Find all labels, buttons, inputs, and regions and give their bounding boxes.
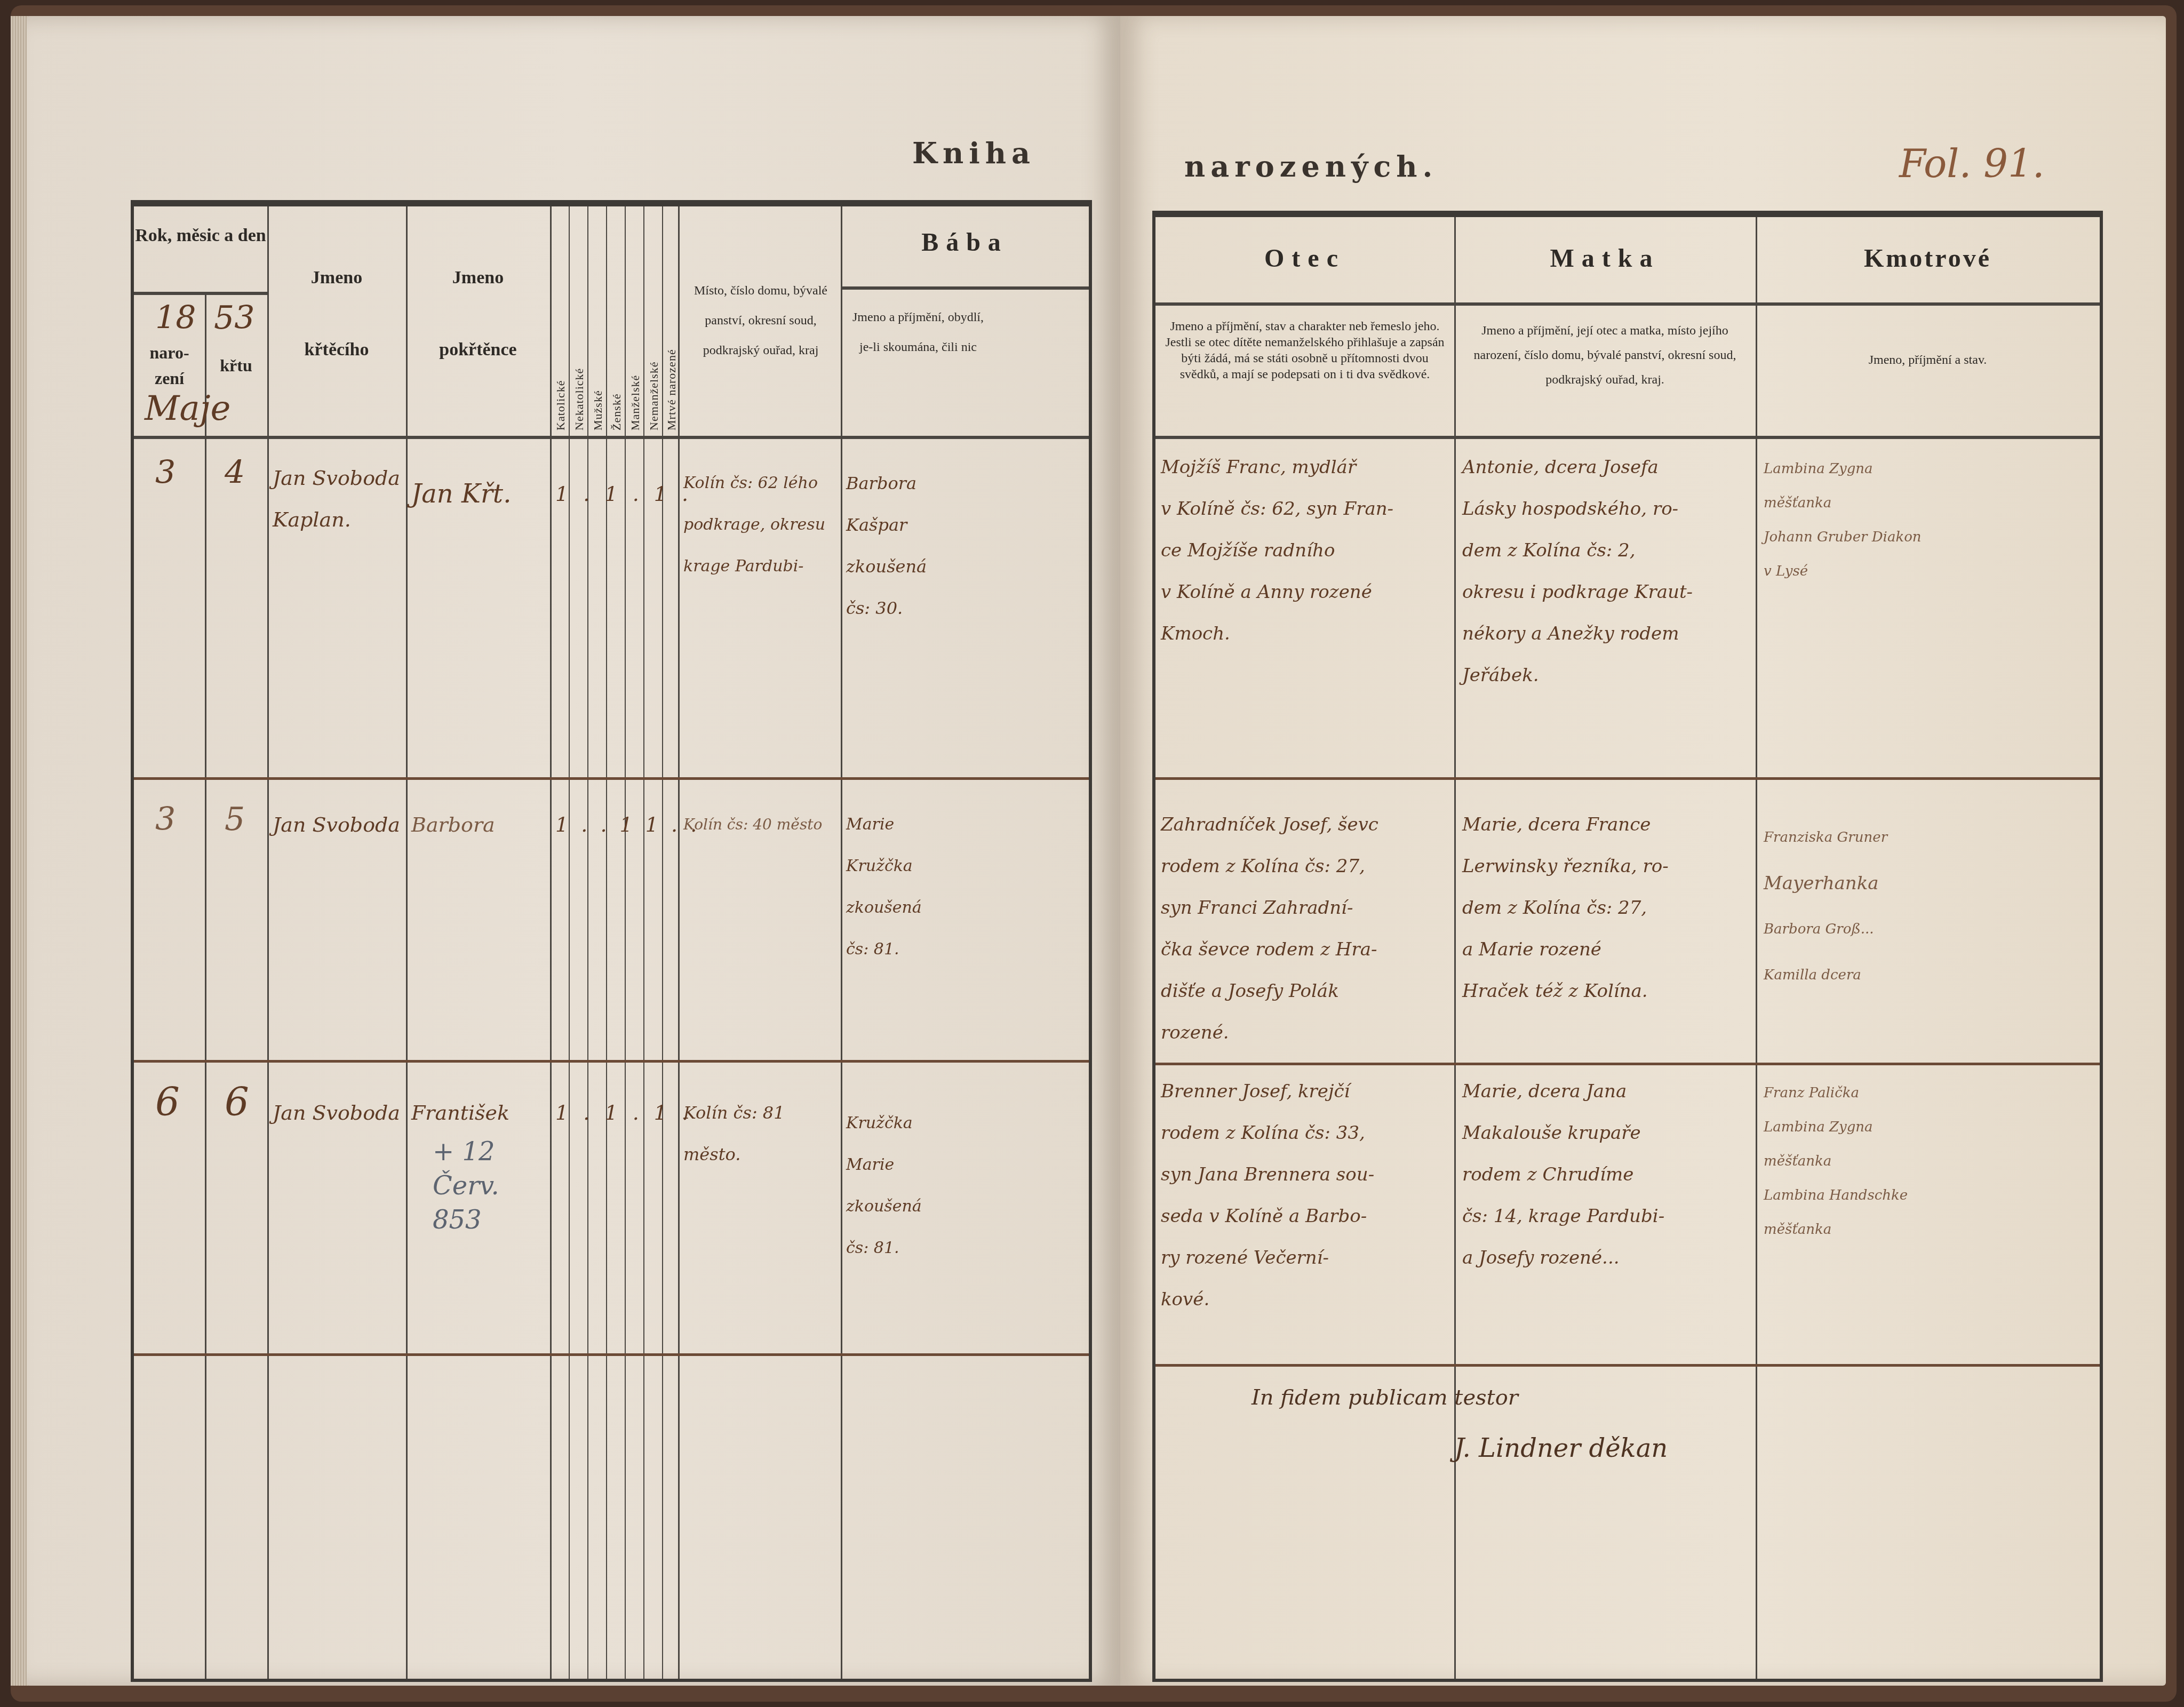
year-prefix: 18 <box>155 297 196 339</box>
header-baptizer-bottom: křtěcího <box>267 340 406 360</box>
midwife-subheader-divider <box>841 286 1089 290</box>
year-suffix: 53 <box>214 297 254 339</box>
entry1-godparents: Lambina ZygnaměšťankaJohann Gruber Diako… <box>1764 452 1922 588</box>
flag-legitimate: Manželské <box>628 340 642 430</box>
entry3-godparents: Franz PaličkaLambina ZygnaměšťankaLambin… <box>1764 1076 1908 1247</box>
col-divider <box>569 206 570 1679</box>
header-birth: naro- zení <box>134 340 205 391</box>
book-title-right: narozených. <box>1184 149 1438 184</box>
entry2-baptism-day: 5 <box>225 799 245 840</box>
row-divider <box>1155 777 2100 780</box>
entry3-flags: 1 . 1 . 1 . <box>555 1092 692 1134</box>
entry2-midwife: MarieKružčkazkoušenáčs: 81. <box>846 804 922 970</box>
entry3-birth-day: 6 <box>155 1081 180 1123</box>
row-divider <box>134 1353 1089 1356</box>
priest-signature: J. Lindner děkan <box>1454 1433 1668 1463</box>
title-subheader-divider <box>1155 302 2100 306</box>
header-mother: Matka <box>1454 244 1756 273</box>
row-divider <box>1155 1063 2100 1065</box>
entry3-child-name: František <box>411 1092 509 1134</box>
entry1-birth-day: 3 <box>155 452 176 493</box>
row-divider <box>134 777 1089 780</box>
col-divider <box>625 206 626 1679</box>
entry1-baptizer: Jan SvobodaKaplan. <box>273 457 400 540</box>
col-divider <box>606 206 607 1679</box>
header-father-sub: Jmeno a příjmění, stav a charakter neb ř… <box>1161 318 1449 382</box>
col-divider <box>587 206 588 1679</box>
header-godparents: Kmotrové <box>1756 244 2100 273</box>
left-page: Kniha Rok, měsic a den 18 53 naro- zení … <box>27 16 1120 1686</box>
entry2-place: Kolín čs: 40 město <box>683 804 822 845</box>
flag-noncatholic: Nekatolické <box>572 308 586 430</box>
entry1-mother: Antonie, dcera JosefaLásky hospodského, … <box>1462 446 1693 696</box>
row-divider <box>1155 1364 2100 1367</box>
header-baptism: křtu <box>205 356 267 376</box>
header-midwife-sub: Jmeno a příjmění, obydlí, je-li skoumána… <box>846 302 990 362</box>
entry1-child-name: Jan Křt. <box>411 473 511 515</box>
entry1-midwife: BarboraKašparzkoušenáčs: 30. <box>846 462 927 629</box>
header-mother-sub: Jmeno a příjmění, její otec a matka, mís… <box>1462 318 1748 392</box>
entry3-mother: Marie, dcera JanaMakalouše krupařerodem … <box>1462 1071 1664 1279</box>
header-divider <box>1155 436 2100 439</box>
header-divider <box>134 436 1089 439</box>
right-register-table: Otec Jmeno a příjmění, stav a charakter … <box>1152 211 2103 1682</box>
col-divider <box>662 206 663 1679</box>
entry1-father: Mojžíš Franc, mydlářv Kolíně čs: 62, syn… <box>1161 446 1393 655</box>
entry3-place: Kolín čs: 81město. <box>683 1092 785 1175</box>
entry2-birth-day: 3 <box>155 799 176 840</box>
entry1-place: Kolín čs: 62 léhopodkrage, okresukrage P… <box>683 462 825 587</box>
entry3-baptism-day: 6 <box>225 1081 249 1123</box>
col-divider <box>406 206 408 1679</box>
entry2-baptizer: Jan Svoboda <box>273 804 400 845</box>
col-divider <box>205 292 206 1679</box>
col-divider <box>550 206 552 1679</box>
entry3-father: Brenner Josef, krejčírodem z Kolína čs: … <box>1161 1071 1374 1320</box>
flag-catholic: Katolické <box>554 324 568 430</box>
flag-stillborn: Mrtvé narozené <box>665 297 679 430</box>
entry2-flags: 1 . . 1 1 . . <box>555 804 700 845</box>
header-baptized-bottom: pokřtěnce <box>406 340 550 360</box>
header-date: Rok, měsic a den <box>134 222 267 249</box>
entry2-child-name: Barbora <box>411 804 495 845</box>
row-divider <box>134 1060 1089 1063</box>
entry2-father: Zahradníček Josef, ševcrodem z Kolína čs… <box>1161 804 1378 1054</box>
folio-number: Fol. 91. <box>1899 141 2045 186</box>
flag-illegitimate: Nemanželské <box>647 313 661 430</box>
right-page: narozených. Fol. 91. Otec Jmeno a příjmě… <box>1120 16 2166 1686</box>
col-divider <box>643 206 644 1679</box>
entry2-godparents: Franziska GrunerMayerhankaBarbora Groß..… <box>1764 815 1887 998</box>
entry3-midwife: KružčkaMariezkoušenáčs: 81. <box>846 1103 922 1269</box>
entry3-death-note: + 12 Červ. 853 <box>433 1135 539 1237</box>
entry1-flags: 1 . 1 . 1 . <box>555 473 692 515</box>
date-subheader-divider <box>134 292 267 295</box>
flag-female: Ženské <box>610 361 624 430</box>
entry2-mother: Marie, dcera FranceLerwinsky řezníka, ro… <box>1462 804 1669 1012</box>
book-title-left: Kniha <box>912 136 1035 170</box>
header-place: Místo, číslo domu, bývalé panství, okres… <box>683 276 838 365</box>
header-father: Otec <box>1155 244 1454 273</box>
entry3-baptizer: Jan Svoboda <box>273 1092 400 1134</box>
month-label: Maje <box>145 388 230 429</box>
header-midwife: Bába <box>841 228 1089 257</box>
header-godparents-sub: Jmeno, příjmění a stav. <box>1756 350 2100 370</box>
entry1-baptism-day: 4 <box>225 452 245 493</box>
flag-male: Mužské <box>591 361 605 430</box>
left-register-table: Rok, měsic a den 18 53 naro- zení křtu M… <box>131 200 1092 1682</box>
header-baptized-top: Jmeno <box>406 268 550 288</box>
col-divider <box>841 206 842 1679</box>
col-divider <box>267 206 269 1679</box>
attestation-line: In fidem publicam testor <box>1252 1385 1518 1410</box>
header-baptizer-top: Jmeno <box>267 268 406 288</box>
